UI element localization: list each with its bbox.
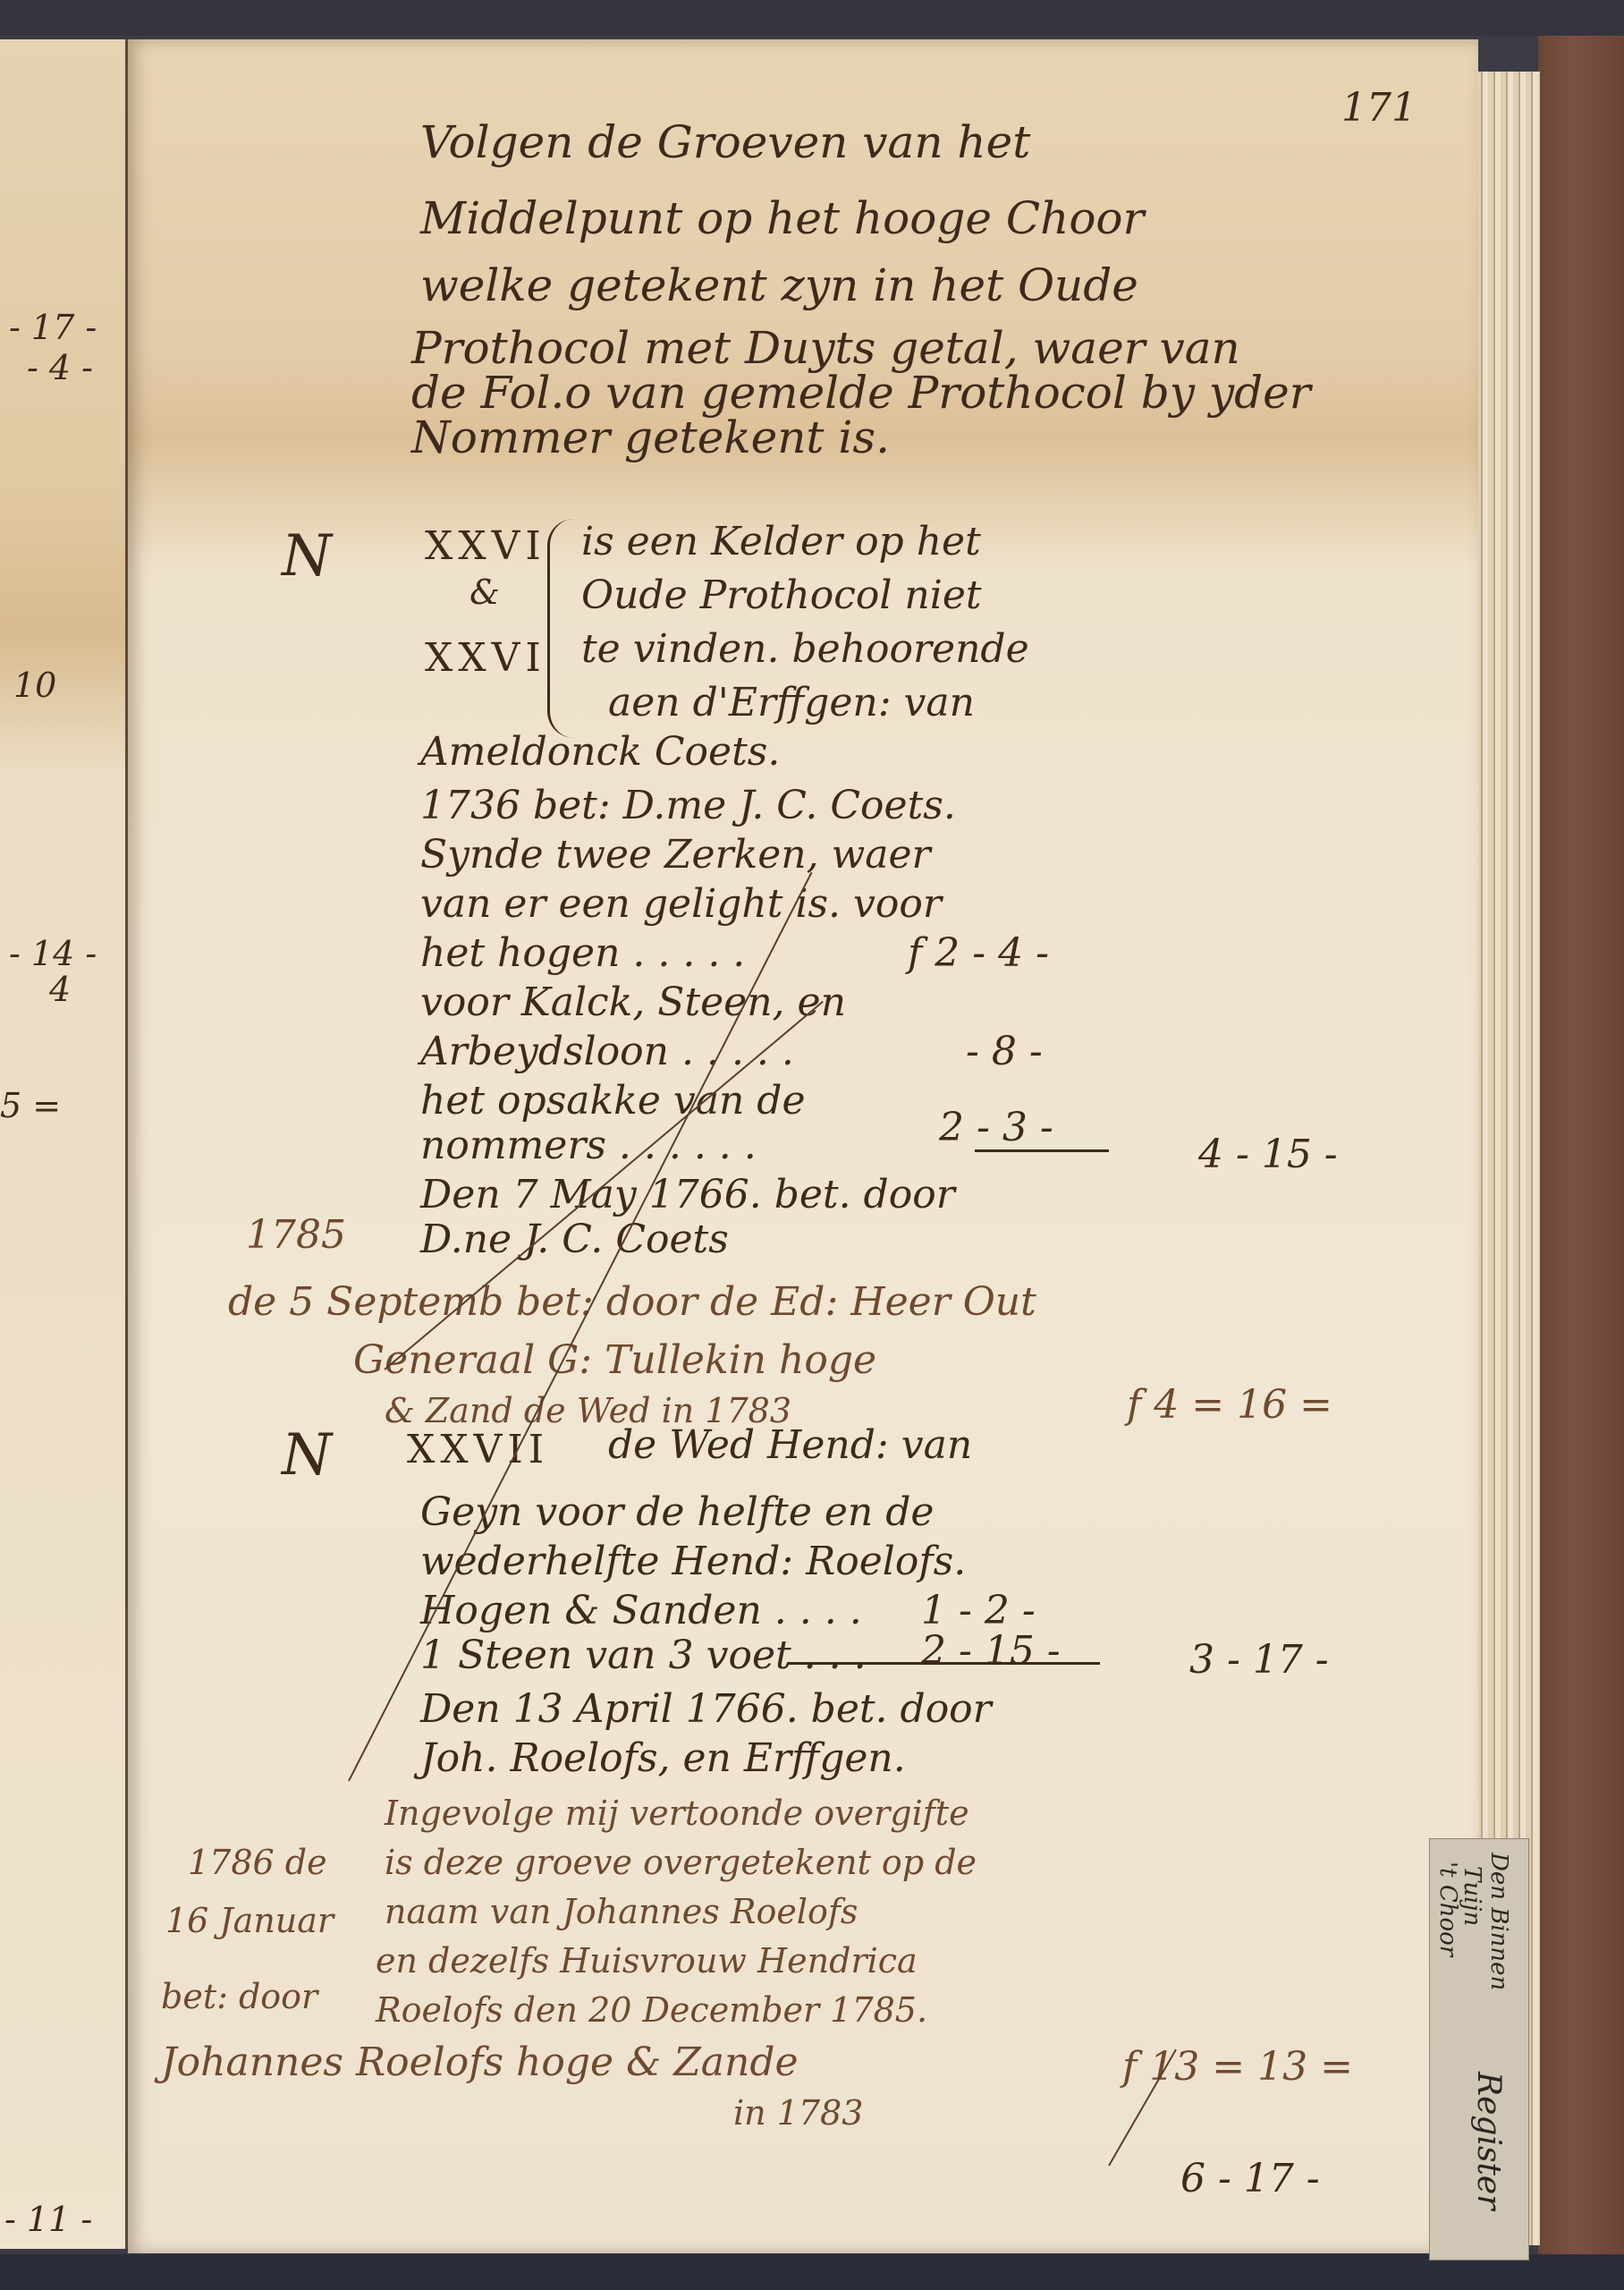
ampersand: & [469, 572, 500, 612]
left-fragment: - 4 - [27, 348, 93, 387]
amount: - 8 - [966, 1029, 1043, 1074]
entry-line: Johannes Roelofs hoge & Zande [161, 2040, 799, 2085]
entry-numeral: XXVI [425, 635, 546, 681]
entry-line: aen d'Erffgen: van [608, 680, 975, 725]
entry-line: Ameldonck Coets. [420, 729, 780, 775]
entry-line: is deze groeve overgetekent op de [385, 1843, 977, 1882]
entry-line: Geyn voor de helfte en de [420, 1489, 934, 1535]
entry-line: Joh. Roelofs, en Erffgen. [420, 1735, 906, 1781]
entry-line: Oude Prothocol niet [581, 572, 982, 618]
note-line: de 5 Septemb bet: door de Ed: Heer Out [228, 1279, 1036, 1325]
entry-line: van er een gelight is. voor [420, 881, 942, 927]
entry-line: Roelofs den 20 December 1785. [376, 1990, 927, 2030]
left-fragment: - 17 - [9, 308, 97, 347]
entry-line: is een Kelder op het [581, 519, 981, 564]
left-fragment: - 14 - [9, 934, 97, 973]
heading-line: Middelpunt op het hooge Choor [420, 192, 1144, 244]
entry-total: 4 - 15 - [1198, 1132, 1338, 1177]
entry-n-label: N [282, 1422, 332, 1488]
bottom-amount: 6 - 17 - [1180, 2156, 1320, 2201]
entry-numeral: XXVI [425, 523, 546, 569]
brace [547, 519, 577, 738]
entry-line: het opsakke van de [420, 1078, 805, 1124]
amount: f 2 - 4 - [908, 930, 1049, 976]
entry-numeral: XXVII [407, 1427, 549, 1472]
entry-n-label: N [282, 523, 332, 589]
amount: 2 - 3 - [939, 1105, 1053, 1150]
entry-line: naam van Johannes Roelofs [385, 1892, 858, 1931]
background-bottom [0, 2254, 1624, 2290]
folio-number: 171 [1341, 85, 1417, 131]
heading-line: Volgen de Groeven van het [420, 116, 1030, 168]
spine-label: Den Binnen Tuijn 't Choor Register [1429, 1838, 1529, 2260]
amount: 2 - 15 - [921, 1628, 1061, 1674]
note-amount: f 4 = 16 = [1127, 1382, 1332, 1428]
entry-line: nommers . . . . . . [420, 1123, 757, 1168]
entry-line: en dezelfs Huisvrouw Hendrica [376, 1941, 918, 1980]
left-fragment: 4 [49, 970, 71, 1009]
sum-rule [975, 1149, 1109, 1152]
spine-label-line: 't Choor [1434, 1862, 1461, 1956]
entry-total: 3 - 17 - [1189, 1637, 1329, 1683]
left-fragment: 5 = [0, 1086, 61, 1125]
leather-cover [1538, 36, 1624, 2290]
entry-line: Synde twee Zerken, waer [420, 832, 931, 878]
note-year: 1785 [246, 1212, 346, 1258]
spine-label-register: Register [1470, 2072, 1507, 2209]
entry-line: Ingevolge mij vertoonde overgifte [385, 1794, 969, 1833]
background-top [0, 0, 1624, 36]
note-line: Generaal G: Tullekin hoge [353, 1337, 876, 1383]
manuscript-scan: - 17 - - 4 - 10 - 14 - 4 5 = - 11 - 171 … [0, 0, 1624, 2290]
entry-line: voor Kalck, Steen, en [420, 980, 846, 1025]
left-fragment: - 11 - [4, 2200, 92, 2239]
entry-line: wederhelfte Hend: Roelofs. [420, 1539, 966, 1584]
entry-line: 1 Steen van 3 voet . . . [420, 1633, 867, 1678]
entry-line: D.ne J. C. Coets [420, 1217, 729, 1262]
entry-line: Den 7 May 1766. bet. door [420, 1172, 955, 1217]
entry-line: Den 13 April 1766. bet. door [420, 1686, 992, 1732]
note-line: 16 Januar [165, 1901, 334, 1940]
entry-line: te vinden. behoorende [581, 626, 1029, 672]
note-line: bet: door [161, 1977, 317, 2016]
amount: 1 - 2 - [921, 1588, 1036, 1633]
entry-line: in 1783 [733, 2093, 863, 2133]
left-fragment: 10 [13, 666, 56, 705]
spine-label-line: Den Binnen [1485, 1853, 1512, 1990]
entry-line: Hogen & Sanden . . . . [420, 1588, 862, 1633]
entry-line: Arbeydsloon . . . . . [420, 1029, 794, 1074]
left-page: - 17 - - 4 - 10 - 14 - 4 5 = - 11 - [0, 39, 128, 2249]
heading-line: Nommer getekent is. [411, 411, 890, 463]
heading-line: welke getekent zyn in het Oude [420, 259, 1138, 311]
entry-line: het hogen . . . . . [420, 930, 745, 976]
entry-line: 1736 bet: D.me J. C. Coets. [420, 783, 956, 828]
spine-label-line: Tuijn [1459, 1866, 1485, 1926]
entry-line: de Wed Hend: van [608, 1422, 972, 1468]
note-line: 1786 de [188, 1843, 327, 1882]
